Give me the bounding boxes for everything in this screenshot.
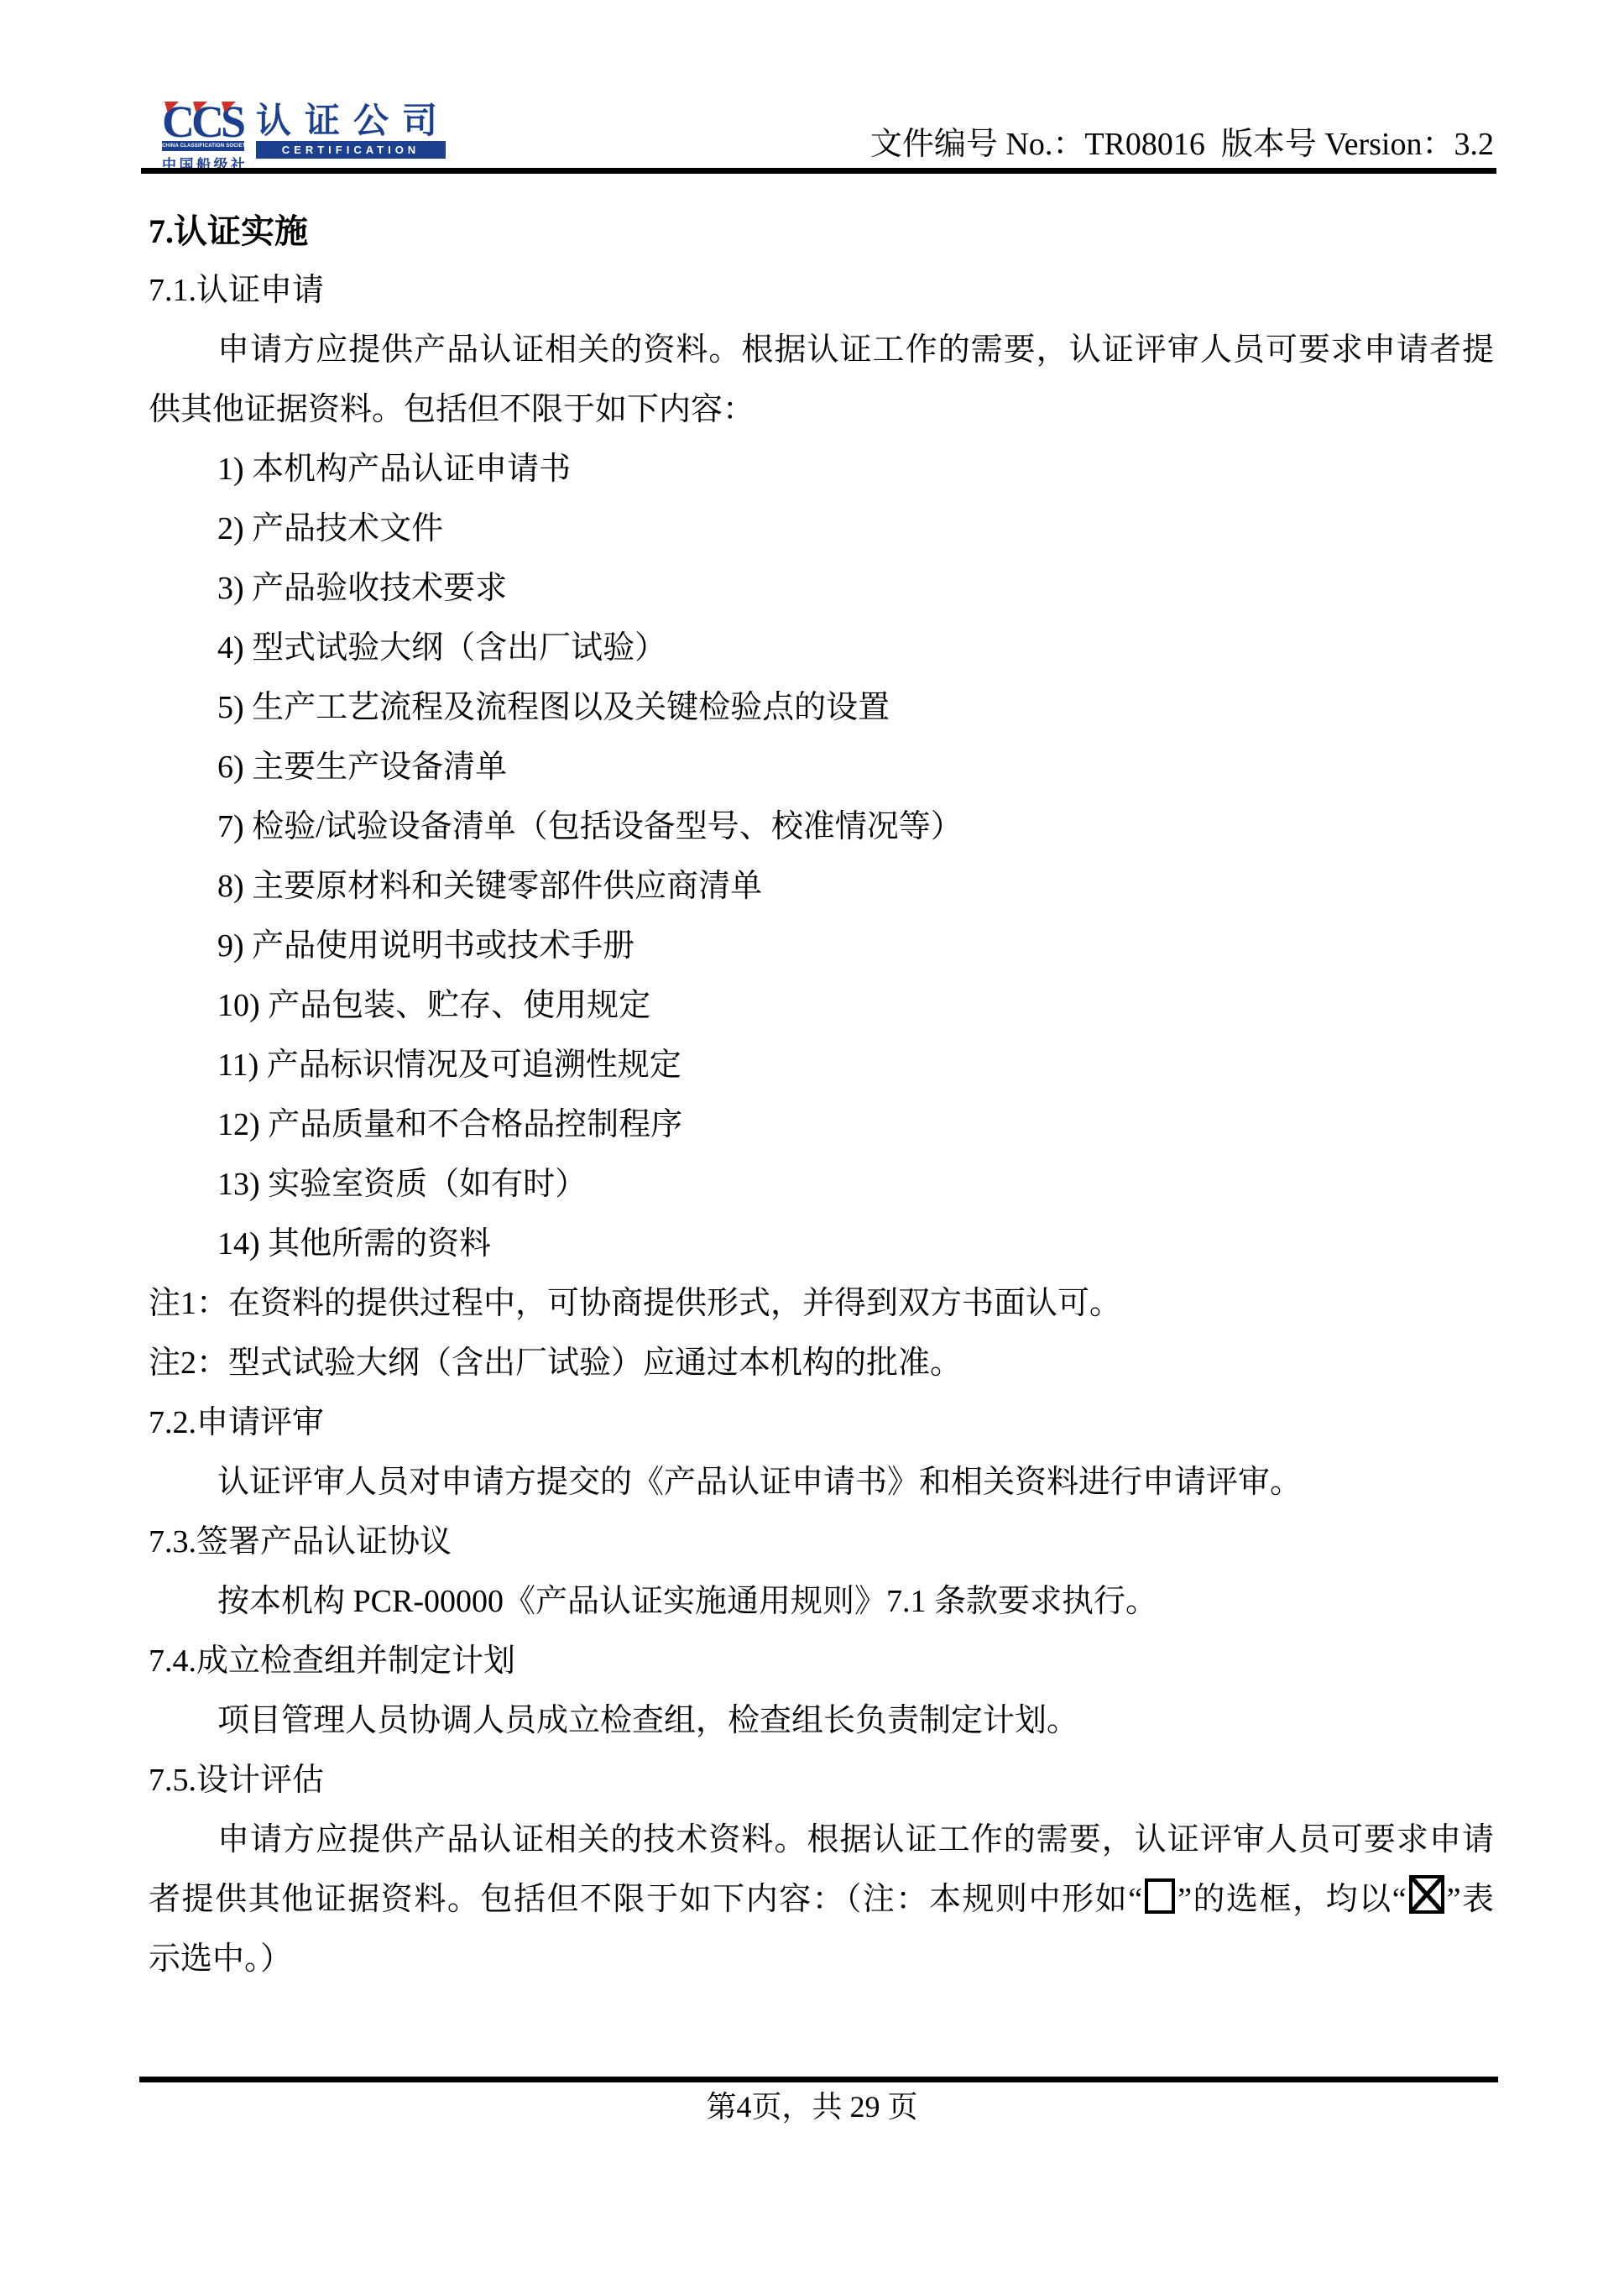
paragraph-line: 供其他证据资料。包括但不限于如下内容：	[149, 380, 1494, 440]
paragraph-line: 者提供其他证据资料。包括但不限于如下内容：（注：本规则中形如“”的选框，均以“”…	[149, 1870, 1494, 1930]
list-item: 6) 主要生产设备清单	[149, 738, 1494, 797]
document-body: 7.认证实施7.1.认证申请申请方应提供产品认证相关的资料。根据认证工作的需要，…	[149, 201, 1494, 1989]
note-line: 注1：在资料的提供过程中，可协商提供形式，并得到双方书面认可。	[149, 1274, 1494, 1334]
paragraph-line: 认证评审人员对申请方提交的《产品认证申请书》和相关资料进行申请评审。	[149, 1453, 1494, 1513]
paragraph-line: 项目管理人员协调人员成立检查组，检查组长负责制定计划。	[149, 1691, 1494, 1751]
footer-divider	[139, 2077, 1498, 2082]
ccs-logo: CCS CHINA CLASSIFICATION SOCIETY 中国船级社 认…	[162, 103, 451, 174]
checkbox-checked-icon	[1409, 1875, 1444, 1914]
list-item: 5) 生产工艺流程及流程图以及关键检验点的设置	[149, 678, 1494, 738]
paragraph-line: 申请方应提供产品认证相关的资料。根据认证工作的需要，认证评审人员可要求申请者提	[149, 321, 1494, 380]
list-item: 7) 检验/试验设备清单（包括设备型号、校准情况等）	[149, 797, 1494, 857]
list-item: 3) 产品验收技术要求	[149, 559, 1494, 619]
document-page: CCS CHINA CLASSIFICATION SOCIETY 中国船级社 认…	[0, 0, 1624, 2278]
list-item: 14) 其他所需的资料	[149, 1215, 1494, 1274]
text-segment: 者提供其他证据资料。包括但不限于如下内容：（注：本规则中形如“	[149, 1882, 1142, 1917]
company-name-en: CERTIFICATION	[256, 141, 446, 159]
list-item: 8) 主要原材料和关键零部件供应商清单	[149, 857, 1494, 917]
document-number: 文件编号 No.：TR08016 版本号 Version：3.2	[870, 126, 1494, 163]
list-item: 10) 产品包装、贮存、使用规定	[149, 976, 1494, 1036]
section-7-heading: 7.认证实施	[149, 201, 1494, 261]
list-item: 11) 产品标识情况及可追溯性规定	[149, 1036, 1494, 1095]
text-segment: ”表	[1447, 1882, 1494, 1917]
section-7-5-heading: 7.5.设计评估	[149, 1751, 1494, 1810]
paragraph-line: 按本机构 PCR-00000《产品认证实施通用规则》7.1 条款要求执行。	[149, 1572, 1494, 1632]
header-divider	[141, 168, 1496, 174]
section-7-4-heading: 7.4.成立检查组并制定计划	[149, 1632, 1494, 1691]
note-line: 注2：型式试验大纲（含出厂试验）应通过本机构的批准。	[149, 1334, 1494, 1393]
section-7-1-heading: 7.1.认证申请	[149, 261, 1494, 321]
list-item: 4) 型式试验大纲（含出厂试验）	[149, 619, 1494, 678]
checkbox-empty-icon	[1145, 1878, 1175, 1914]
section-7-3-heading: 7.3.签署产品认证协议	[149, 1513, 1494, 1572]
list-item: 9) 产品使用说明书或技术手册	[149, 917, 1494, 976]
ccs-letters: CCS	[162, 103, 246, 140]
list-item: 13) 实验室资质（如有时）	[149, 1155, 1494, 1215]
list-item: 1) 本机构产品认证申请书	[149, 440, 1494, 499]
text-segment: ”的选框，均以“	[1178, 1882, 1407, 1917]
ccs-mark: CCS CHINA CLASSIFICATION SOCIETY 中国船级社	[162, 103, 246, 174]
company-name-cn: 认证公司	[256, 103, 451, 138]
list-item: 12) 产品质量和不合格品控制程序	[149, 1095, 1494, 1155]
section-7-2-heading: 7.2.申请评审	[149, 1393, 1494, 1453]
society-name-en: CHINA CLASSIFICATION SOCIETY	[162, 141, 244, 151]
list-item: 2) 产品技术文件	[149, 499, 1494, 559]
paragraph-line: 示选中。）	[149, 1930, 1494, 1989]
page-number: 第4页，共 29 页	[0, 2088, 1624, 2125]
paragraph-line: 申请方应提供产品认证相关的技术资料。根据认证工作的需要，认证评审人员可要求申请	[149, 1810, 1494, 1870]
certification-mark: 认证公司 CERTIFICATION	[256, 103, 451, 174]
